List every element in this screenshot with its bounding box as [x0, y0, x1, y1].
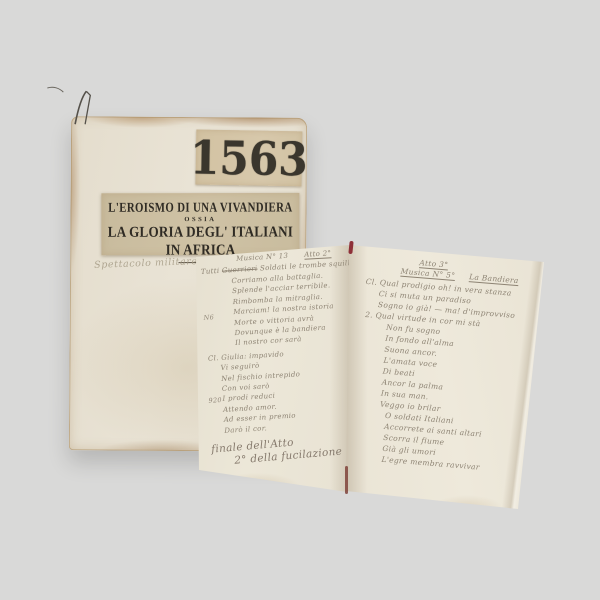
pencil-note: finale dell'Atto 2° della fucilazione [211, 431, 363, 470]
left-page-content: Musica N° 13 Atto 2° Tutti Guerrieri Sol… [200, 248, 362, 468]
left-page-lines: Corriamo alla battaglia. Splende l'accia… [201, 269, 360, 437]
right-page-content: Atto 3° Musica N° 5° La Bandiera Cl. Qua… [351, 254, 539, 476]
catalog-number: 1563 [190, 134, 309, 182]
speaker-label: Tutti [201, 267, 220, 276]
binding-wire [45, 82, 111, 126]
title-label: L'EROISMO DI UNA VIVANDIERA OSSIA LA GLO… [101, 193, 299, 255]
binding-thread [345, 466, 348, 494]
notebook-right-page: Atto 3° Musica N° 5° La Bandiera Cl. Qua… [340, 238, 552, 516]
right-page-lines: Cl. Qual prodigio oh! in vera stanza Ci … [351, 276, 537, 476]
margin-note: 920 [208, 396, 222, 405]
catalog-number-label: 1563 [195, 130, 302, 187]
margin-note: N6 [203, 313, 214, 322]
title-line-1: L'EROISMO DI UNA VIVANDIERA [107, 201, 293, 215]
photograph: 1563 L'EROISMO DI UNA VIVANDIERA OSSIA L… [0, 0, 600, 600]
act-heading: Atto 2° [304, 249, 331, 259]
notebook-left-page: Musica N° 13 Atto 2° Tutti Guerrieri Sol… [192, 241, 356, 497]
struck-word: Guerrieri [222, 265, 258, 275]
